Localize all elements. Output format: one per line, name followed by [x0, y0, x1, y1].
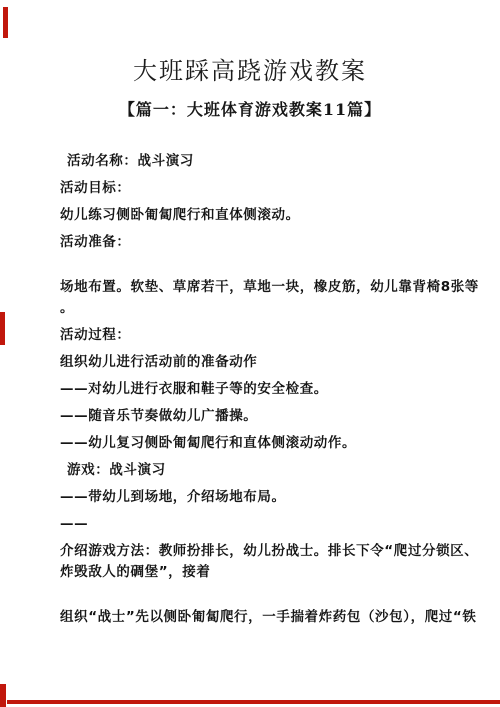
document-page: 大班踩高跷游戏教案 【篇一：大班体育游戏教案11篇】 活动名称：战斗演习活动目标… — [0, 0, 500, 707]
document-subtitle: 【篇一：大班体育游戏教案11篇】 — [0, 100, 500, 120]
text-line: 幼儿练习侧卧匍匐爬行和直体侧滚动。 — [60, 205, 482, 225]
text-line: 炸毁敌人的碉堡”，接着 — [60, 562, 482, 582]
text-line: 组织“战士”先以侧卧匍匐爬行，一手揣着炸药包（沙包），爬过“铁 — [60, 607, 482, 627]
scan-mark-middle-left — [0, 312, 5, 345]
text-line: 游戏：战斗演习 — [60, 460, 482, 480]
text-line: 活动名称：战斗演习 — [60, 151, 482, 171]
scan-mark-top-left — [3, 7, 8, 38]
document-title: 大班踩高跷游戏教案 — [0, 55, 500, 87]
text-line: 介绍游戏方法：教师扮排长，幼儿扮战士。排长下令“爬过分锁区、 — [60, 541, 482, 561]
text-line: 活动准备： — [60, 232, 482, 252]
text-line: 。 — [60, 298, 482, 318]
text-line: ——随音乐节奏做幼儿广播操。 — [60, 406, 482, 426]
scan-mark-bottom-left — [0, 684, 6, 707]
text-line: ——幼儿复习侧卧匍匐爬行和直体侧滚动动作。 — [60, 433, 482, 453]
text-line: ——带幼儿到场地，介绍场地布局。 — [60, 487, 482, 507]
scan-mark-bottom-line — [7, 700, 500, 704]
text-line: 组织幼儿进行活动前的准备动作 — [60, 352, 482, 372]
document-body: 活动名称：战斗演习活动目标：幼儿练习侧卧匍匐爬行和直体侧滚动。活动准备：场地布置… — [60, 151, 482, 627]
text-line: 活动过程： — [60, 325, 482, 345]
text-line: 活动目标： — [60, 178, 482, 198]
text-line: ——对幼儿进行衣服和鞋子等的安全检查。 — [60, 379, 482, 399]
text-line: —— — [60, 514, 482, 534]
text-line: 场地布置。软垫、草席若干，草地一块，橡皮筋，幼儿靠背椅8张等 — [60, 277, 482, 297]
